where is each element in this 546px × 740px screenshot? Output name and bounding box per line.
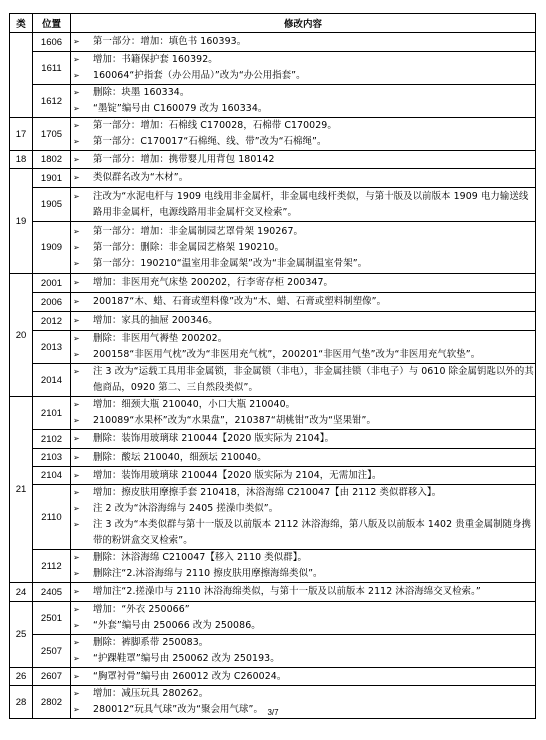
- arrow-bullet-icon: ➢: [71, 618, 93, 634]
- modification-cell: ➢第一部分：增加：石棉线 C170028，石棉带 C170029。➢第一部分：C…: [71, 118, 536, 151]
- modification-item: ➢注改为“水泥电杆与 1909 电线用非金属杆，非金属电线杆类似，与第十版及以前…: [71, 189, 535, 221]
- class-number-cell: 19: [10, 169, 33, 274]
- arrow-bullet-icon: ➢: [71, 364, 93, 380]
- modification-cell: ➢增加：家具的抽屉 200346。: [71, 312, 536, 331]
- modification-text: 第一部分：190210“温室用非金属架”改为“非金属制温室骨架”。: [93, 256, 535, 272]
- table-row: 242405➢增加注“2.搓澡巾与 2110 沐浴海绵类似，与第十一版及以前版本…: [10, 583, 536, 602]
- table-row: 1909➢第一部分：增加：非金属制园艺罩骨架 190267。➢第一部分：删除：非…: [10, 222, 536, 274]
- arrow-bullet-icon: ➢: [71, 651, 93, 667]
- modification-item: ➢注 3 改为“本类似群与第十一版及以前版本 2112 沐浴海绵，第八版及以前版…: [71, 517, 535, 549]
- position-cell: 1901: [33, 169, 71, 188]
- modification-cell: ➢增加：“外衣 250066”➢“外套”编号由 250066 改为 250086…: [71, 602, 536, 635]
- table-row: 2013➢删除：非医用气褥垫 200202。➢200158“非医用气枕”改为“非…: [10, 331, 536, 364]
- modification-text: 160064“护指套（办公用品）”改为“办公用指套”。: [93, 68, 535, 84]
- modification-text: “胸罩衬骨”编号由 260012 改为 C260024。: [93, 669, 535, 685]
- arrow-bullet-icon: ➢: [71, 34, 93, 50]
- table-row: 1905➢注改为“水泥电杆与 1909 电线用非金属杆，非金属电线杆类似，与第十…: [10, 188, 536, 222]
- arrow-bullet-icon: ➢: [71, 566, 93, 582]
- arrow-bullet-icon: ➢: [71, 152, 93, 168]
- modification-cell: ➢增加：装饰用玻璃球 210044【2020 版实际为 2104，无需加注】。: [71, 467, 536, 485]
- modification-text: 注 3 改为“运载工具用非金属锁，非金属锁（非电），非金属挂锁（非电子）与 06…: [93, 364, 535, 396]
- modification-text: 增加：书籍保护套 160392。: [93, 52, 535, 68]
- arrow-bullet-icon: ➢: [71, 686, 93, 702]
- position-cell: 1909: [33, 222, 71, 274]
- modification-text: “外套”编号由 250066 改为 250086。: [93, 618, 535, 634]
- position-cell: 2112: [33, 550, 71, 583]
- modification-cell: ➢200187“木、蜡、石膏或塑料像”改为“木、蜡、石膏或塑料制塑像”。: [71, 293, 536, 312]
- position-cell: 1612: [33, 85, 71, 118]
- modification-item: ➢删除：装饰用玻璃球 210044【2020 版实际为 2104】。: [71, 431, 535, 447]
- modification-cell: ➢删除：酸坛 210040，细颈坛 210040。: [71, 449, 536, 467]
- position-cell: 2607: [33, 668, 71, 686]
- modification-text: 增加注“2.搓澡巾与 2110 沐浴海绵类似，与第十一版及以前版本 2112 沐…: [93, 584, 535, 600]
- modification-text: 增加：“外衣 250066”: [93, 602, 535, 618]
- modification-text: 删除注“2.沐浴海绵与 2110 擦皮肤用摩擦海绵类似”。: [93, 566, 535, 582]
- modification-text: 第一部分：C170017“石棉绳、线、带”改为“石棉绳”。: [93, 134, 535, 150]
- position-cell: 2501: [33, 602, 71, 635]
- modification-text: 注 2 改为“沐浴海绵与 2405 搓澡巾类似”。: [93, 501, 535, 517]
- table-row: 2014➢注 3 改为“运载工具用非金属锁，非金属锁（非电），非金属挂锁（非电子…: [10, 364, 536, 397]
- modification-text: 注改为“水泥电杆与 1909 电线用非金属杆，非金属电线杆类似，与第十版及以前版…: [93, 189, 535, 221]
- arrow-bullet-icon: ➢: [71, 313, 93, 329]
- modification-item: ➢删除注“2.沐浴海绵与 2110 擦皮肤用摩擦海绵类似”。: [71, 566, 535, 582]
- modification-item: ➢第一部分：190210“温室用非金属架”改为“非金属制温室骨架”。: [71, 256, 535, 272]
- modification-text: “护踝鞋罩”编号由 250062 改为 250193。: [93, 651, 535, 667]
- modification-item: ➢增加：装饰用玻璃球 210044【2020 版实际为 2104，无需加注】。: [71, 468, 535, 484]
- modification-text: 删除：沐浴海绵 C210047【移入 2110 类似群】。: [93, 550, 535, 566]
- modification-item: ➢“胸罩衬骨”编号由 260012 改为 C260024。: [71, 669, 535, 685]
- modification-text: 注 3 改为“本类似群与第十一版及以前版本 2112 沐浴海绵，第八版及以前版本…: [93, 517, 535, 549]
- arrow-bullet-icon: ➢: [71, 294, 93, 310]
- table-row: 2104➢增加：装饰用玻璃球 210044【2020 版实际为 2104，无需加…: [10, 467, 536, 485]
- arrow-bullet-icon: ➢: [71, 347, 93, 363]
- table-row: 2110➢增加：擦皮肤用摩擦手套 210418，沐浴海绵 C210047【由 2…: [10, 485, 536, 550]
- modification-text: 删除：裤脚系带 250083。: [93, 635, 535, 651]
- modification-cell: ➢第一部分：增加：填色书 160393。: [71, 33, 536, 52]
- modification-item: ➢210089“水果杯”改为“水果盘”，210387“胡桃钳”改为“坚果钳”。: [71, 413, 535, 429]
- arrow-bullet-icon: ➢: [71, 431, 93, 447]
- position-cell: 2101: [33, 397, 71, 430]
- modification-item: ➢增加注“2.搓澡巾与 2110 沐浴海绵类似，与第十一版及以前版本 2112 …: [71, 584, 535, 600]
- position-cell: 2507: [33, 635, 71, 668]
- modification-item: ➢第一部分：删除：非金属园艺格架 190210。: [71, 240, 535, 256]
- modification-item: ➢第一部分：增加：石棉线 C170028，石棉带 C170029。: [71, 118, 535, 134]
- modification-cell: ➢第一部分：增加：非金属制园艺罩骨架 190267。➢第一部分：删除：非金属园艺…: [71, 222, 536, 274]
- modification-cell: ➢第一部分：增加：携带婴儿用背包 180142: [71, 151, 536, 169]
- arrow-bullet-icon: ➢: [71, 224, 93, 240]
- arrow-bullet-icon: ➢: [71, 501, 93, 517]
- arrow-bullet-icon: ➢: [71, 517, 93, 533]
- arrow-bullet-icon: ➢: [71, 134, 93, 150]
- modification-text: 200187“木、蜡、石膏或塑料像”改为“木、蜡、石膏或塑料制塑像”。: [93, 294, 535, 310]
- arrow-bullet-icon: ➢: [71, 331, 93, 347]
- modification-text: 第一部分：增加：携带婴儿用背包 180142: [93, 152, 535, 168]
- modification-text: 删除：酸坛 210040，细颈坛 210040。: [93, 450, 535, 466]
- class-number-cell: 25: [10, 602, 33, 668]
- position-cell: 2012: [33, 312, 71, 331]
- position-cell: 2104: [33, 467, 71, 485]
- arrow-bullet-icon: ➢: [71, 275, 93, 291]
- header-class: 类: [10, 14, 33, 33]
- modification-item: ➢第一部分：C170017“石棉绳、线、带”改为“石棉绳”。: [71, 134, 535, 150]
- position-cell: 1905: [33, 188, 71, 222]
- modification-item: ➢增加：减压玩具 280262。: [71, 686, 535, 702]
- modification-text: 第一部分：增加：填色书 160393。: [93, 34, 535, 50]
- table-row: 2507➢删除：裤脚系带 250083。➢“护踝鞋罩”编号由 250062 改为…: [10, 635, 536, 668]
- class-number-cell: 21: [10, 397, 33, 583]
- modification-cell: ➢删除：非医用气褥垫 200202。➢200158“非医用气枕”改为“非医用充气…: [71, 331, 536, 364]
- arrow-bullet-icon: ➢: [71, 85, 93, 101]
- class-number-cell: 17: [10, 118, 33, 151]
- table-row: 262607➢“胸罩衬骨”编号由 260012 改为 C260024。: [10, 668, 536, 686]
- arrow-bullet-icon: ➢: [71, 669, 93, 685]
- arrow-bullet-icon: ➢: [71, 118, 93, 134]
- table-row: 1606➢第一部分：增加：填色书 160393。: [10, 33, 536, 52]
- arrow-bullet-icon: ➢: [71, 550, 93, 566]
- modification-item: ➢删除：沐浴海绵 C210047【移入 2110 类似群】。: [71, 550, 535, 566]
- modification-item: ➢删除：裤脚系带 250083。: [71, 635, 535, 651]
- position-cell: 1606: [33, 33, 71, 52]
- table-row: 252501➢增加：“外衣 250066”➢“外套”编号由 250066 改为 …: [10, 602, 536, 635]
- arrow-bullet-icon: ➢: [71, 602, 93, 618]
- position-cell: 2103: [33, 449, 71, 467]
- modification-item: ➢“外套”编号由 250066 改为 250086。: [71, 618, 535, 634]
- modification-item: ➢增加：家具的抽屉 200346。: [71, 313, 535, 329]
- revision-table: 类 位置 修改内容 1606➢第一部分：增加：填色书 160393。1611➢增…: [9, 13, 536, 719]
- position-cell: 2001: [33, 274, 71, 293]
- modification-text: 类似群名改为“木材”。: [93, 170, 535, 186]
- modification-text: “墨锭”编号由 C160079 改为 160334。: [93, 101, 535, 117]
- class-number-cell: 24: [10, 583, 33, 602]
- modification-cell: ➢类似群名改为“木材”。: [71, 169, 536, 188]
- modification-item: ➢增加：细颈大瓶 210040，小口大瓶 210040。: [71, 397, 535, 413]
- modification-cell: ➢“胸罩衬骨”编号由 260012 改为 C260024。: [71, 668, 536, 686]
- modification-item: ➢删除：非医用气褥垫 200202。: [71, 331, 535, 347]
- arrow-bullet-icon: ➢: [71, 256, 93, 272]
- modification-text: 增加：减压玩具 280262。: [93, 686, 535, 702]
- modification-text: 删除：块墨 160334。: [93, 85, 535, 101]
- modification-text: 增加：非医用充气床垫 200202，行李寄存柜 200347。: [93, 275, 535, 291]
- modification-item: ➢类似群名改为“木材”。: [71, 170, 535, 186]
- modification-cell: ➢注 3 改为“运载工具用非金属锁，非金属锁（非电），非金属挂锁（非电子）与 0…: [71, 364, 536, 397]
- arrow-bullet-icon: ➢: [71, 170, 93, 186]
- arrow-bullet-icon: ➢: [71, 52, 93, 68]
- modification-item: ➢增加：书籍保护套 160392。: [71, 52, 535, 68]
- modification-item: ➢第一部分：增加：填色书 160393。: [71, 34, 535, 50]
- modification-item: ➢增加：“外衣 250066”: [71, 602, 535, 618]
- modification-cell: ➢增加：细颈大瓶 210040，小口大瓶 210040。➢210089“水果杯”…: [71, 397, 536, 430]
- arrow-bullet-icon: ➢: [71, 189, 93, 205]
- position-cell: 1611: [33, 52, 71, 85]
- arrow-bullet-icon: ➢: [71, 450, 93, 466]
- modification-text: 删除：装饰用玻璃球 210044【2020 版实际为 2104】。: [93, 431, 535, 447]
- modification-item: ➢“护踝鞋罩”编号由 250062 改为 250193。: [71, 651, 535, 667]
- modification-cell: ➢注改为“水泥电杆与 1909 电线用非金属杆，非金属电线杆类似，与第十版及以前…: [71, 188, 536, 222]
- arrow-bullet-icon: ➢: [71, 485, 93, 501]
- modification-cell: ➢增加：书籍保护套 160392。➢160064“护指套（办公用品）”改为“办公…: [71, 52, 536, 85]
- modification-text: 第一部分：增加：石棉线 C170028，石棉带 C170029。: [93, 118, 535, 134]
- arrow-bullet-icon: ➢: [71, 468, 93, 484]
- arrow-bullet-icon: ➢: [71, 240, 93, 256]
- arrow-bullet-icon: ➢: [71, 68, 93, 84]
- table-row: 2006➢200187“木、蜡、石膏或塑料像”改为“木、蜡、石膏或塑料制塑像”。: [10, 293, 536, 312]
- modification-text: 增加：细颈大瓶 210040，小口大瓶 210040。: [93, 397, 535, 413]
- modification-item: ➢注 3 改为“运载工具用非金属锁，非金属锁（非电），非金属挂锁（非电子）与 0…: [71, 364, 535, 396]
- modification-text: 第一部分：增加：非金属制园艺罩骨架 190267。: [93, 224, 535, 240]
- table-row: 171705➢第一部分：增加：石棉线 C170028，石棉带 C170029。➢…: [10, 118, 536, 151]
- table-row: 2102➢删除：装饰用玻璃球 210044【2020 版实际为 2104】。: [10, 430, 536, 449]
- modification-item: ➢删除：酸坛 210040，细颈坛 210040。: [71, 450, 535, 466]
- class-number-cell: 26: [10, 668, 33, 686]
- modification-text: 200158“非医用气枕”改为“非医用充气枕”，200201“非医用气垫”改为“…: [93, 347, 535, 363]
- modification-text: 增加：家具的抽屉 200346。: [93, 313, 535, 329]
- position-cell: 2014: [33, 364, 71, 397]
- class-number-cell: 20: [10, 274, 33, 397]
- position-cell: 2006: [33, 293, 71, 312]
- position-cell: 2110: [33, 485, 71, 550]
- modification-text: 删除：非医用气褥垫 200202。: [93, 331, 535, 347]
- table-row: 181802➢第一部分：增加：携带婴儿用背包 180142: [10, 151, 536, 169]
- document-page: 类 位置 修改内容 1606➢第一部分：增加：填色书 160393。1611➢增…: [0, 0, 546, 740]
- table-row: 212101➢增加：细颈大瓶 210040，小口大瓶 210040。➢21008…: [10, 397, 536, 430]
- modification-cell: ➢增加：非医用充气床垫 200202，行李寄存柜 200347。: [71, 274, 536, 293]
- table-row: 1611➢增加：书籍保护套 160392。➢160064“护指套（办公用品）”改…: [10, 52, 536, 85]
- position-cell: 2102: [33, 430, 71, 449]
- modification-text: 第一部分：删除：非金属园艺格架 190210。: [93, 240, 535, 256]
- modification-text: 增加：装饰用玻璃球 210044【2020 版实际为 2104，无需加注】。: [93, 468, 535, 484]
- position-cell: 2013: [33, 331, 71, 364]
- arrow-bullet-icon: ➢: [71, 584, 93, 600]
- position-cell: 1802: [33, 151, 71, 169]
- arrow-bullet-icon: ➢: [71, 397, 93, 413]
- modification-item: ➢200158“非医用气枕”改为“非医用充气枕”，200201“非医用气垫”改为…: [71, 347, 535, 363]
- page-number: 3/7: [0, 708, 546, 717]
- modification-text: 增加：擦皮肤用摩擦手套 210418，沐浴海绵 C210047【由 2112 类…: [93, 485, 535, 501]
- arrow-bullet-icon: ➢: [71, 635, 93, 651]
- table-row: 2112➢删除：沐浴海绵 C210047【移入 2110 类似群】。➢删除注“2…: [10, 550, 536, 583]
- modification-item: ➢增加：非医用充气床垫 200202，行李寄存柜 200347。: [71, 275, 535, 291]
- table-row: 2012➢增加：家具的抽屉 200346。: [10, 312, 536, 331]
- modification-item: ➢增加：擦皮肤用摩擦手套 210418，沐浴海绵 C210047【由 2112 …: [71, 485, 535, 501]
- class-number-cell: 18: [10, 151, 33, 169]
- modification-item: ➢注 2 改为“沐浴海绵与 2405 搓澡巾类似”。: [71, 501, 535, 517]
- table-header-row: 类 位置 修改内容: [10, 14, 536, 33]
- arrow-bullet-icon: ➢: [71, 101, 93, 117]
- table-row: 191901➢类似群名改为“木材”。: [10, 169, 536, 188]
- position-cell: 2405: [33, 583, 71, 602]
- modification-item: ➢删除：块墨 160334。: [71, 85, 535, 101]
- table-row: 2103➢删除：酸坛 210040，细颈坛 210040。: [10, 449, 536, 467]
- class-number-cell: [10, 33, 33, 118]
- modification-cell: ➢删除：块墨 160334。➢“墨锭”编号由 C160079 改为 160334…: [71, 85, 536, 118]
- table-row: 202001➢增加：非医用充气床垫 200202，行李寄存柜 200347。: [10, 274, 536, 293]
- header-position: 位置: [33, 14, 71, 33]
- modification-cell: ➢删除：装饰用玻璃球 210044【2020 版实际为 2104】。: [71, 430, 536, 449]
- table-body: 1606➢第一部分：增加：填色书 160393。1611➢增加：书籍保护套 16…: [10, 33, 536, 719]
- modification-item: ➢“墨锭”编号由 C160079 改为 160334。: [71, 101, 535, 117]
- modification-item: ➢第一部分：增加：非金属制园艺罩骨架 190267。: [71, 224, 535, 240]
- modification-cell: ➢增加注“2.搓澡巾与 2110 沐浴海绵类似，与第十一版及以前版本 2112 …: [71, 583, 536, 602]
- modification-item: ➢200187“木、蜡、石膏或塑料像”改为“木、蜡、石膏或塑料制塑像”。: [71, 294, 535, 310]
- modification-item: ➢160064“护指套（办公用品）”改为“办公用指套”。: [71, 68, 535, 84]
- modification-item: ➢第一部分：增加：携带婴儿用背包 180142: [71, 152, 535, 168]
- position-cell: 1705: [33, 118, 71, 151]
- modification-text: 210089“水果杯”改为“水果盘”，210387“胡桃钳”改为“坚果钳”。: [93, 413, 535, 429]
- header-content: 修改内容: [71, 14, 536, 33]
- arrow-bullet-icon: ➢: [71, 413, 93, 429]
- modification-cell: ➢增加：擦皮肤用摩擦手套 210418，沐浴海绵 C210047【由 2112 …: [71, 485, 536, 550]
- table-row: 1612➢删除：块墨 160334。➢“墨锭”编号由 C160079 改为 16…: [10, 85, 536, 118]
- modification-cell: ➢删除：裤脚系带 250083。➢“护踝鞋罩”编号由 250062 改为 250…: [71, 635, 536, 668]
- modification-cell: ➢删除：沐浴海绵 C210047【移入 2110 类似群】。➢删除注“2.沐浴海…: [71, 550, 536, 583]
